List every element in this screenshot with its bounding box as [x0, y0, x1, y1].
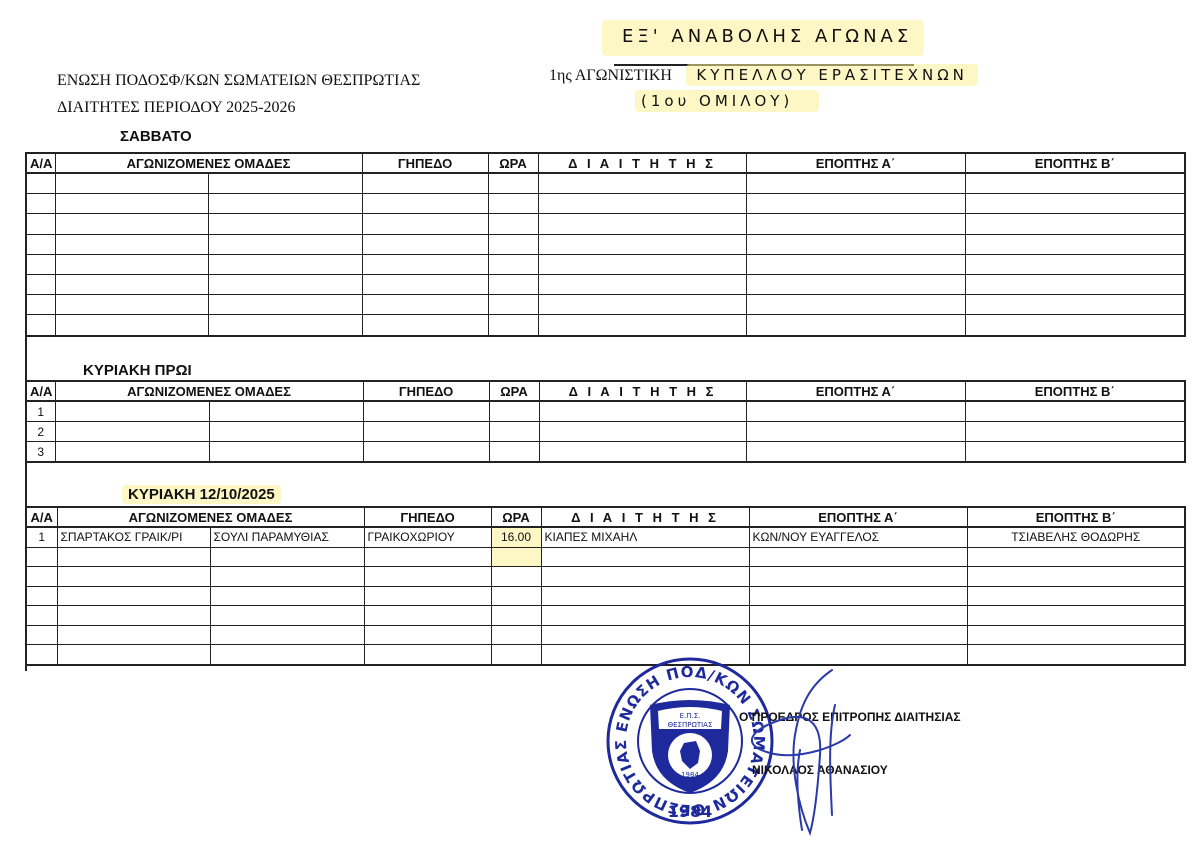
cell-referee: [538, 274, 746, 294]
cell-time: [491, 645, 541, 665]
cell-away-team: [208, 254, 362, 274]
cell-assistant-b: [965, 194, 1185, 214]
cell-aa: 1: [26, 527, 57, 547]
postponed-note-text: ΕΞ' ΑΝΑΒΟΛΗΣ ΑΓΩΝΑΣ: [622, 26, 912, 47]
column-header-venue: ΓΗΠΕΔΟ: [363, 381, 489, 401]
cell-away-team: [208, 214, 362, 234]
cell-assistant-a: [749, 567, 967, 587]
cell-referee: ΚΙΑΠΕΣ ΜΙΧΑΗΛ: [541, 527, 749, 547]
cell-away-team: ΣΟΥΛΙ ΠΑΡΑΜΥΘΙΑΣ: [210, 527, 364, 547]
table-row: [26, 295, 1185, 315]
column-header-time: ΩΡΑ: [489, 381, 539, 401]
cell-away-team: [208, 173, 362, 194]
cell-time: [491, 606, 541, 626]
column-header-aa: Α/Α: [26, 153, 55, 173]
table-row: [26, 214, 1185, 234]
column-header-time: ΩΡΑ: [488, 153, 538, 173]
cell-venue: [362, 214, 488, 234]
cell-assistant-a: [746, 401, 965, 422]
column-header-assistant-b: ΕΠΟΠΤΗΣ Β΄: [965, 153, 1185, 173]
cell-aa: 2: [26, 422, 55, 442]
table-row: [26, 586, 1185, 606]
cell-assistant-b: [965, 442, 1185, 463]
table-row: [26, 625, 1185, 645]
cell-away-team: [208, 295, 362, 315]
column-header-referee: Δ Ι Α Ι Τ Η Τ Η Σ: [539, 381, 746, 401]
table-header-row: Α/ΑΑΓΩΝΙΖΟΜΕΝΕΣ ΟΜΑΔΕΣΓΗΠΕΔΟΩΡΑΔ Ι Α Ι Τ…: [26, 153, 1185, 173]
table-row: [26, 254, 1185, 274]
cell-referee: [538, 173, 746, 194]
cell-away-team: [210, 567, 364, 587]
cell-away-team: [210, 625, 364, 645]
cell-venue: [362, 194, 488, 214]
cell-venue: [363, 422, 489, 442]
cell-time: [488, 274, 538, 294]
cell-home-team: [57, 567, 210, 587]
cell-away-team: [209, 401, 363, 422]
table-row: 2: [26, 422, 1185, 442]
cell-aa: [26, 295, 55, 315]
cell-home-team: [57, 645, 210, 665]
cell-aa: [26, 625, 57, 645]
cell-time: [489, 442, 539, 463]
cell-home-team: [55, 401, 209, 422]
cell-aa: [26, 586, 57, 606]
column-header-referee: Δ Ι Α Ι Τ Η Τ Η Σ: [538, 153, 746, 173]
cell-assistant-b: [967, 606, 1185, 626]
cell-away-team: [208, 315, 362, 336]
cell-venue: [362, 234, 488, 254]
cell-assistant-a: [746, 254, 965, 274]
cell-assistant-a: [749, 645, 967, 665]
cell-venue: [362, 295, 488, 315]
group-label: (1ου ΟΜΙΛΟΥ): [635, 90, 819, 112]
section-label-sunday-morning: ΚΥΡΙΑΚΗ ΠΡΩΙ: [83, 362, 192, 379]
cell-referee: [538, 234, 746, 254]
cell-time: [491, 547, 541, 567]
cell-away-team: [208, 194, 362, 214]
cell-home-team: [57, 586, 210, 606]
column-header-aa: Α/Α: [26, 507, 57, 527]
column-header-venue: ΓΗΠΕΔΟ: [364, 507, 491, 527]
cell-away-team: [210, 606, 364, 626]
cell-home-team: [55, 234, 208, 254]
cell-referee: [539, 442, 746, 463]
cell-aa: [26, 274, 55, 294]
table-header-row: Α/ΑΑΓΩΝΙΖΟΜΕΝΕΣ ΟΜΑΔΕΣΓΗΠΕΔΟΩΡΑΔ Ι Α Ι Τ…: [26, 381, 1185, 401]
cell-assistant-b: [967, 586, 1185, 606]
column-header-assistant-b: ΕΠΟΠΤΗΣ Β΄: [965, 381, 1185, 401]
table-header-row: Α/ΑΑΓΩΝΙΖΟΜΕΝΕΣ ΟΜΑΔΕΣΓΗΠΕΔΟΩΡΑΔ Ι Α Ι Τ…: [26, 507, 1185, 527]
cell-home-team: [55, 254, 208, 274]
table-row: [26, 173, 1185, 194]
cell-time: 16.00: [491, 527, 541, 547]
cell-aa: [26, 214, 55, 234]
cell-venue: ΓΡΑΙΚΟΧΩΡΙΟΥ: [364, 527, 491, 547]
svg-text:ΘΕΣΠΡΩΤΙΑΣ: ΘΕΣΠΡΩΤΙΑΣ: [668, 721, 713, 729]
cell-venue: [363, 401, 489, 422]
cell-aa: [26, 194, 55, 214]
cell-time: [488, 234, 538, 254]
cell-home-team: [55, 173, 208, 194]
table-row: [26, 274, 1185, 294]
cell-aa: [26, 547, 57, 567]
cell-time: [491, 625, 541, 645]
column-header-teams: ΑΓΩΝΙΖΟΜΕΝΕΣ ΟΜΑΔΕΣ: [55, 153, 362, 173]
cell-assistant-a: [746, 214, 965, 234]
cell-assistant-b: [965, 214, 1185, 234]
cell-time: [489, 401, 539, 422]
postponed-note: ΕΞ' ΑΝΑΒΟΛΗΣ ΑΓΩΝΑΣ: [602, 20, 924, 56]
cell-home-team: [55, 422, 209, 442]
cell-venue: [362, 173, 488, 194]
cell-assistant-a: [749, 547, 967, 567]
cell-assistant-a: [749, 606, 967, 626]
cell-venue: [364, 606, 491, 626]
section-label-sunday-date: ΚΥΡΙΑΚΗ 12/10/2025: [122, 485, 281, 504]
column-header-venue: ΓΗΠΕΔΟ: [362, 153, 488, 173]
table-row: [26, 547, 1185, 567]
cell-away-team: [210, 547, 364, 567]
column-header-assistant-a: ΕΠΟΠΤΗΣ Α΄: [746, 381, 965, 401]
column-header-teams: ΑΓΩΝΙΖΟΜΕΝΕΣ ΟΜΑΔΕΣ: [55, 381, 363, 401]
cell-home-team: [57, 625, 210, 645]
cell-aa: [26, 234, 55, 254]
svg-text:Ε.Π.Σ.: Ε.Π.Σ.: [680, 712, 701, 720]
cell-assistant-b: [967, 625, 1185, 645]
svg-text:1984: 1984: [681, 771, 699, 779]
competition-label: ΚΥΠΕΛΛΟΥ ΕΡΑΣΙΤΕΧΝΩΝ: [686, 64, 978, 86]
cell-home-team: [55, 315, 208, 336]
cell-venue: [364, 567, 491, 587]
section-label-saturday: ΣΑΒΒΑΤΟ: [120, 128, 192, 145]
cell-time: [488, 194, 538, 214]
season-title: ΔΙΑΙΤΗΤΕΣ ΠΕΡΙΟΔΟΥ 2025-2026: [57, 99, 295, 117]
cell-aa: 1: [26, 401, 55, 422]
cell-assistant-a: [746, 295, 965, 315]
cell-assistant-b: [965, 422, 1185, 442]
cell-venue: [362, 315, 488, 336]
saturday-table: Α/ΑΑΓΩΝΙΖΟΜΕΝΕΣ ΟΜΑΔΕΣΓΗΠΕΔΟΩΡΑΔ Ι Α Ι Τ…: [25, 152, 1186, 337]
cell-assistant-b: [965, 401, 1185, 422]
cell-venue: [363, 442, 489, 463]
cell-assistant-a: [746, 315, 965, 336]
cell-away-team: [209, 422, 363, 442]
column-header-referee: Δ Ι Α Ι Τ Η Τ Η Σ: [541, 507, 749, 527]
round-line: 1ης ΑΓΩΝΙΣΤΙΚΗ ΚΥΠΕΛΛΟΥ ΕΡΑΣΙΤΕΧΝΩΝ: [549, 64, 978, 86]
cell-aa: [26, 567, 57, 587]
cell-referee: [541, 606, 749, 626]
column-header-aa: Α/Α: [26, 381, 55, 401]
cell-assistant-b: [967, 567, 1185, 587]
svg-text:1984: 1984: [668, 802, 713, 821]
cell-home-team: [55, 442, 209, 463]
cell-time: [488, 295, 538, 315]
cell-time: [491, 586, 541, 606]
cell-referee: [538, 214, 746, 234]
column-header-assistant-b: ΕΠΟΠΤΗΣ Β΄: [967, 507, 1185, 527]
cell-away-team: [208, 234, 362, 254]
cell-aa: [26, 254, 55, 274]
table-row: [26, 315, 1185, 336]
cell-referee: [539, 422, 746, 442]
cell-home-team: [55, 295, 208, 315]
table-row: [26, 567, 1185, 587]
cell-venue: [364, 625, 491, 645]
table-row: [26, 606, 1185, 626]
cell-home-team: [57, 547, 210, 567]
cell-venue: [364, 645, 491, 665]
cell-venue: [364, 547, 491, 567]
cell-assistant-b: [965, 295, 1185, 315]
cell-assistant-b: [965, 173, 1185, 194]
table-row: [26, 234, 1185, 254]
cell-home-team: [55, 274, 208, 294]
cell-assistant-b: [965, 274, 1185, 294]
cell-referee: [541, 625, 749, 645]
sunday-table: Α/ΑΑΓΩΝΙΖΟΜΕΝΕΣ ΟΜΑΔΕΣΓΗΠΕΔΟΩΡΑΔ Ι Α Ι Τ…: [25, 506, 1186, 666]
cell-time: [488, 214, 538, 234]
cell-assistant-b: [967, 645, 1185, 665]
cell-assistant-a: [746, 173, 965, 194]
column-header-assistant-a: ΕΠΟΠΤΗΣ Α΄: [749, 507, 967, 527]
cell-assistant-a: [746, 422, 965, 442]
sunday-morning-table: Α/ΑΑΓΩΝΙΖΟΜΕΝΕΣ ΟΜΑΔΕΣΓΗΠΕΔΟΩΡΑΔ Ι Α Ι Τ…: [25, 380, 1186, 463]
cell-time: [491, 567, 541, 587]
table-row: 1ΣΠΑΡΤΑΚΟΣ ΓΡΑΙΚ/ΡΙΣΟΥΛΙ ΠΑΡΑΜΥΘΙΑΣΓΡΑΙΚ…: [26, 527, 1185, 547]
cell-referee: [538, 315, 746, 336]
cell-assistant-b: ΤΣΙΑΒΕΛΗΣ ΘΟΔΩΡΗΣ: [967, 527, 1185, 547]
cell-assistant-b: [967, 547, 1185, 567]
cell-time: [489, 422, 539, 442]
cell-venue: [362, 254, 488, 274]
column-header-assistant-a: ΕΠΟΠΤΗΣ Α΄: [746, 153, 965, 173]
cell-referee: [538, 254, 746, 274]
cell-referee: [539, 401, 746, 422]
organization-title: ΕΝΩΣΗ ΠΟΔΟΣΦ/ΚΩΝ ΣΩΜΑΤΕΙΩΝ ΘΕΣΠΡΩΤΙΑΣ: [57, 72, 420, 90]
column-header-teams: ΑΓΩΝΙΖΟΜΕΝΕΣ ΟΜΑΔΕΣ: [57, 507, 364, 527]
cell-assistant-a: [746, 442, 965, 463]
cell-venue: [364, 586, 491, 606]
cell-aa: [26, 315, 55, 336]
cell-aa: [26, 645, 57, 665]
cell-assistant-a: [746, 194, 965, 214]
cell-assistant-a: ΚΩΝ/ΝΟΥ ΕΥΑΓΓΕΛΟΣ: [749, 527, 967, 547]
cell-referee: [541, 567, 749, 587]
cell-time: [488, 315, 538, 336]
table-row: 3: [26, 442, 1185, 463]
round-label: 1ης ΑΓΩΝΙΣΤΙΚΗ: [549, 67, 672, 84]
cell-assistant-a: [749, 625, 967, 645]
cell-referee: [538, 295, 746, 315]
cell-referee: [541, 586, 749, 606]
cell-aa: [26, 606, 57, 626]
column-header-time: ΩΡΑ: [491, 507, 541, 527]
cell-venue: [362, 274, 488, 294]
cell-away-team: [208, 274, 362, 294]
cell-assistant-b: [965, 234, 1185, 254]
cell-home-team: ΣΠΑΡΤΑΚΟΣ ΓΡΑΙΚ/ΡΙ: [57, 527, 210, 547]
cell-aa: [26, 173, 55, 194]
cell-home-team: [55, 214, 208, 234]
cell-time: [488, 254, 538, 274]
cell-referee: [538, 194, 746, 214]
cell-assistant-b: [965, 315, 1185, 336]
table-row: [26, 194, 1185, 214]
cell-referee: [541, 547, 749, 567]
cell-time: [488, 173, 538, 194]
cell-away-team: [209, 442, 363, 463]
cell-assistant-b: [965, 254, 1185, 274]
cell-away-team: [210, 586, 364, 606]
cell-away-team: [210, 645, 364, 665]
cell-assistant-a: [749, 586, 967, 606]
cell-aa: 3: [26, 442, 55, 463]
table-row: 1: [26, 401, 1185, 422]
cell-home-team: [55, 194, 208, 214]
cell-assistant-a: [746, 274, 965, 294]
cell-home-team: [57, 606, 210, 626]
cell-assistant-a: [746, 234, 965, 254]
signature-icon: [740, 665, 860, 840]
